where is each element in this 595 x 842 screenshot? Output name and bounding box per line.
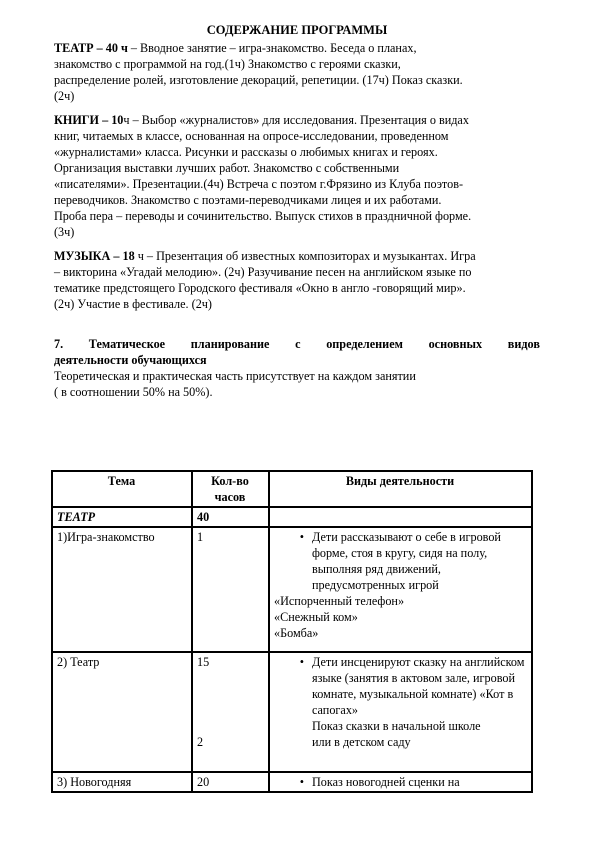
row-activity: •Показ новогодней сценки на	[269, 772, 532, 792]
row-topic: 3) Новогодняя	[52, 772, 192, 792]
table-section-row: ТЕАТР 40	[52, 507, 532, 527]
music-paragraph: МУЗЫКА – 18 ч – Презентация об известных…	[54, 248, 540, 312]
header-activities: Виды деятельности	[269, 471, 532, 507]
document-title: СОДЕРЖАНИЕ ПРОГРАММЫ	[54, 22, 540, 38]
table-header-row: Тема Кол-во часов Виды деятельности	[52, 471, 532, 507]
thematic-plan-table: Тема Кол-во часов Виды деятельности ТЕАТ…	[51, 470, 533, 793]
books-paragraph: КНИГИ – 10ч – Выбор «журналистов» для ис…	[54, 112, 540, 240]
row-topic: 2) Театр	[52, 652, 192, 772]
header-topic: Тема	[52, 471, 192, 507]
bullet-icon: •	[274, 529, 312, 593]
table-row: 2) Театр 15 2 •Дети инсценируют сказку н…	[52, 652, 532, 772]
table-row: 3) Новогодняя 20 •Показ новогодней сценк…	[52, 772, 532, 792]
header-hours: Кол-во часов	[192, 471, 269, 507]
books-heading: КНИГИ – 10	[54, 113, 123, 127]
theatre-heading: ТЕАТР – 40 ч	[54, 41, 128, 55]
table-row: 1)Игра-знакомство 1 •Дети рассказывают о…	[52, 527, 532, 652]
row-hours: 20	[192, 772, 269, 792]
activity-bullet: •Дети рассказывают о себе в игровой форм…	[274, 529, 526, 593]
theatre-paragraph: ТЕАТР – 40 ч – Вводное занятие – игра-зн…	[54, 40, 540, 104]
section-hours: 40	[192, 507, 269, 527]
row-topic: 1)Игра-знакомство	[52, 527, 192, 652]
section-7: 7.Тематическоепланированиесопределениемо…	[54, 336, 540, 400]
row-hours: 1	[192, 527, 269, 652]
section-topic: ТЕАТР	[52, 507, 192, 527]
row-activity: •Дети рассказывают о себе в игровой форм…	[269, 527, 532, 652]
section-7-heading-line1: 7.Тематическоепланированиесопределениемо…	[54, 336, 540, 352]
section-7-heading-line2: деятельности обучающихся	[54, 352, 540, 368]
activity-bullet: •Дети инсценируют сказку на английском я…	[274, 654, 526, 718]
row-hours: 15 2	[192, 652, 269, 772]
section-activity	[269, 507, 532, 527]
row-activity: •Дети инсценируют сказку на английском я…	[269, 652, 532, 772]
bullet-icon: •	[274, 774, 312, 790]
activity-bullet: •Показ новогодней сценки на	[274, 774, 526, 790]
music-heading: МУЗЫКА – 18	[54, 249, 135, 263]
bullet-icon: •	[274, 654, 312, 718]
